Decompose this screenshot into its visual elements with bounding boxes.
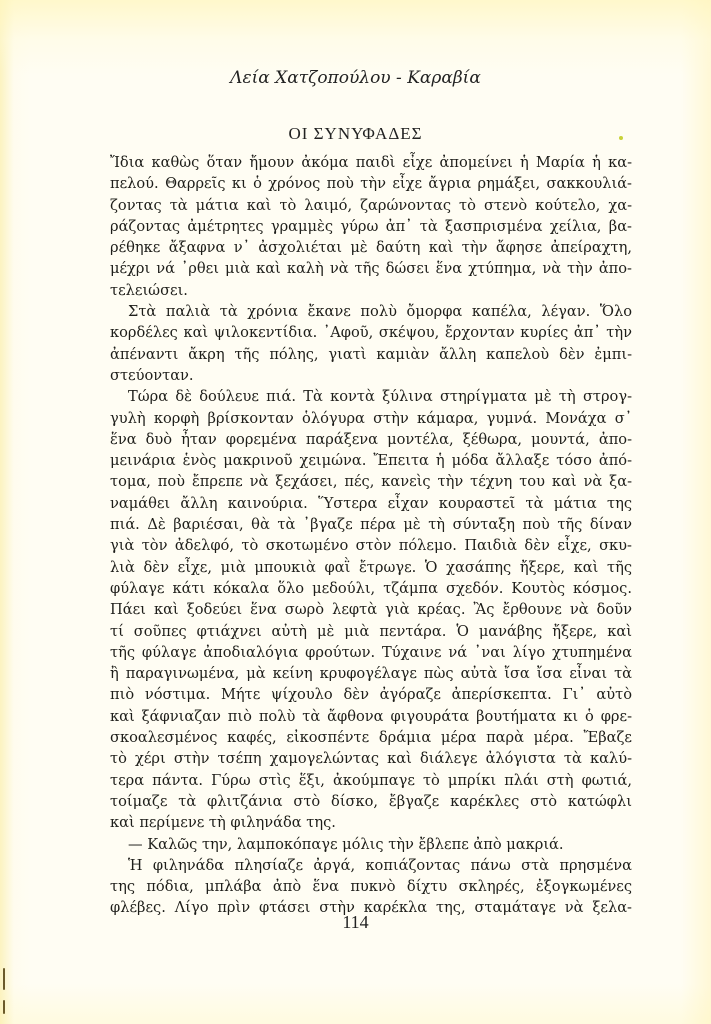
text-line: Στὰ παλιὰ τὰ χρόνια ἔκανε πολὺ ὄμορφα κα… <box>110 301 632 322</box>
text-line: ρέθηκε ἄξαφνα ν᾿ ἀσχολιέται μὲ δαύτη καὶ… <box>110 237 632 258</box>
text-line: τελειώσει. <box>110 280 632 301</box>
binding-shadow-mark <box>3 968 5 990</box>
text-line: μέχρι νά ᾿ρθει μιὰ καὶ καλὴ νὰ τῆς δώσει… <box>110 258 632 279</box>
text-line: λιὰ δὲν εἶχε, μιὰ μπουκιὰ φαῒ ἔτρωγε. Ὁ … <box>110 557 632 578</box>
text-line: Πάει καὶ ξοδεύει ἕνα σωρὸ λεφτὰ γιὰ κρέα… <box>110 599 632 620</box>
body-text: Ἴδια καθὼς ὅταν ἤμουν ἀκόμα παιδὶ εἶχε ἀ… <box>110 152 632 919</box>
text-line: — Καλῶς την, λαμποκόπαγε μόλις τὴν ἔβλεπ… <box>110 834 632 855</box>
text-line: φύλαγε κάτι κόκαλα ὅλο μεδούλι, τζάμπα σ… <box>110 578 632 599</box>
text-line: καὶ ξάφνιαζαν πιὸ πολὺ τὰ ἄφθονα φιγουρά… <box>110 706 632 727</box>
running-head-author: Λεία Χατζοπούλου - Καραβία <box>0 68 711 88</box>
text-line: σκοαλεσμένος καφές, εἰκοσπέντε δράμια μέ… <box>110 727 632 748</box>
text-line: μεινάρια ἑνὸς μακρινοῦ χειμώνα. Ἔπειτα ἡ… <box>110 450 632 471</box>
text-line: τερα πάντα. Γύρω στὶς ἕξι, ἀκούμπαγε τὸ … <box>110 770 632 791</box>
text-line: της πόδια, μπλάβα ἀπὸ ἕνα πυκνὸ δίχτυ σκ… <box>110 876 632 897</box>
text-line: κορδέλες καὶ ψιλοκεντίδια. ᾿Αφοῦ, σκέψου… <box>110 322 632 343</box>
text-line: τῆς φύλαγε ἀποδιαλόγια φρούτων. Τύχαινε … <box>110 642 632 663</box>
chapter-title: ΟΙ ΣΥΝΥΦΑΔΕΣ <box>0 124 711 144</box>
text-line: ἢ παραγινωμένα, μὰ κείνη κρυφογέλαγε πὼς… <box>110 663 632 684</box>
text-line: τί σοῦπες φτιάχνει αὐτὴ μὲ μιὰ πεντάρα. … <box>110 621 632 642</box>
text-line: ἕνα δυὸ ἦταν φορεμένα παράξενα μοντέλα, … <box>110 429 632 450</box>
text-line: ράζοντας ἀμέτρητες γραμμὲς γύρω ἀπ᾿ τὰ ξ… <box>110 216 632 237</box>
text-line: γιὰ τὸν ἀδελφό, τὸ σκοτωμένο στὸν πόλεμο… <box>110 535 632 556</box>
text-line: πελού. Θαρρεῖς κι ὁ χρόνος ποὺ τὴν εἶχε … <box>110 173 632 194</box>
text-line: Τώρα δὲ δούλευε πιά. Τὰ κοντὰ ξύλινα στη… <box>110 386 632 407</box>
text-line: πιά. Δὲ βαριέσαι, θὰ τὰ ᾿βγαζε πέρα μὲ τ… <box>110 514 632 535</box>
text-line: καὶ περίμενε τὴ φιληνάδα της. <box>110 812 632 833</box>
text-line: ζοντας τὰ μάτια καὶ τὸ λαιμό, ζαρώνοντας… <box>110 195 632 216</box>
text-line: τομα, ποὺ ἔπρεπε νὰ ξεχάσει, πές, κανεὶς… <box>110 471 632 492</box>
text-line: ναμάθει ἄλλη καινούρια. Ὕστερα εἶχαν κου… <box>110 493 632 514</box>
text-line: Ἴδια καθὼς ὅταν ἤμουν ἀκόμα παιδὶ εἶχε ἀ… <box>110 152 632 173</box>
text-line: Ἡ φιληνάδα πλησίαζε ἀργά, κοπιάζοντας πά… <box>110 855 632 876</box>
text-line: τὸ χέρι στὴν τσέπη χαμογελώντας καὶ διάλ… <box>110 748 632 769</box>
page-number: 114 <box>0 912 711 933</box>
text-line: γυλὴ κορφὴ βρίσκονταν ὁλόγυρα στὴν κάμαρ… <box>110 408 632 429</box>
text-line: στεύονταν. <box>110 365 632 386</box>
binding-shadow-mark <box>3 1000 5 1014</box>
text-line: πιὸ νόστιμα. Μήτε ψίχουλο δὲν ἀγόραζε ἀπ… <box>110 684 632 705</box>
text-line: τοίμαζε τὰ φλιτζάνια στὸ δίσκο, ἔβγαζε κ… <box>110 791 632 812</box>
text-line: ἀπέναντι ἄκρη τῆς πόλης, γιατὶ καμιὰν ἄλ… <box>110 344 632 365</box>
